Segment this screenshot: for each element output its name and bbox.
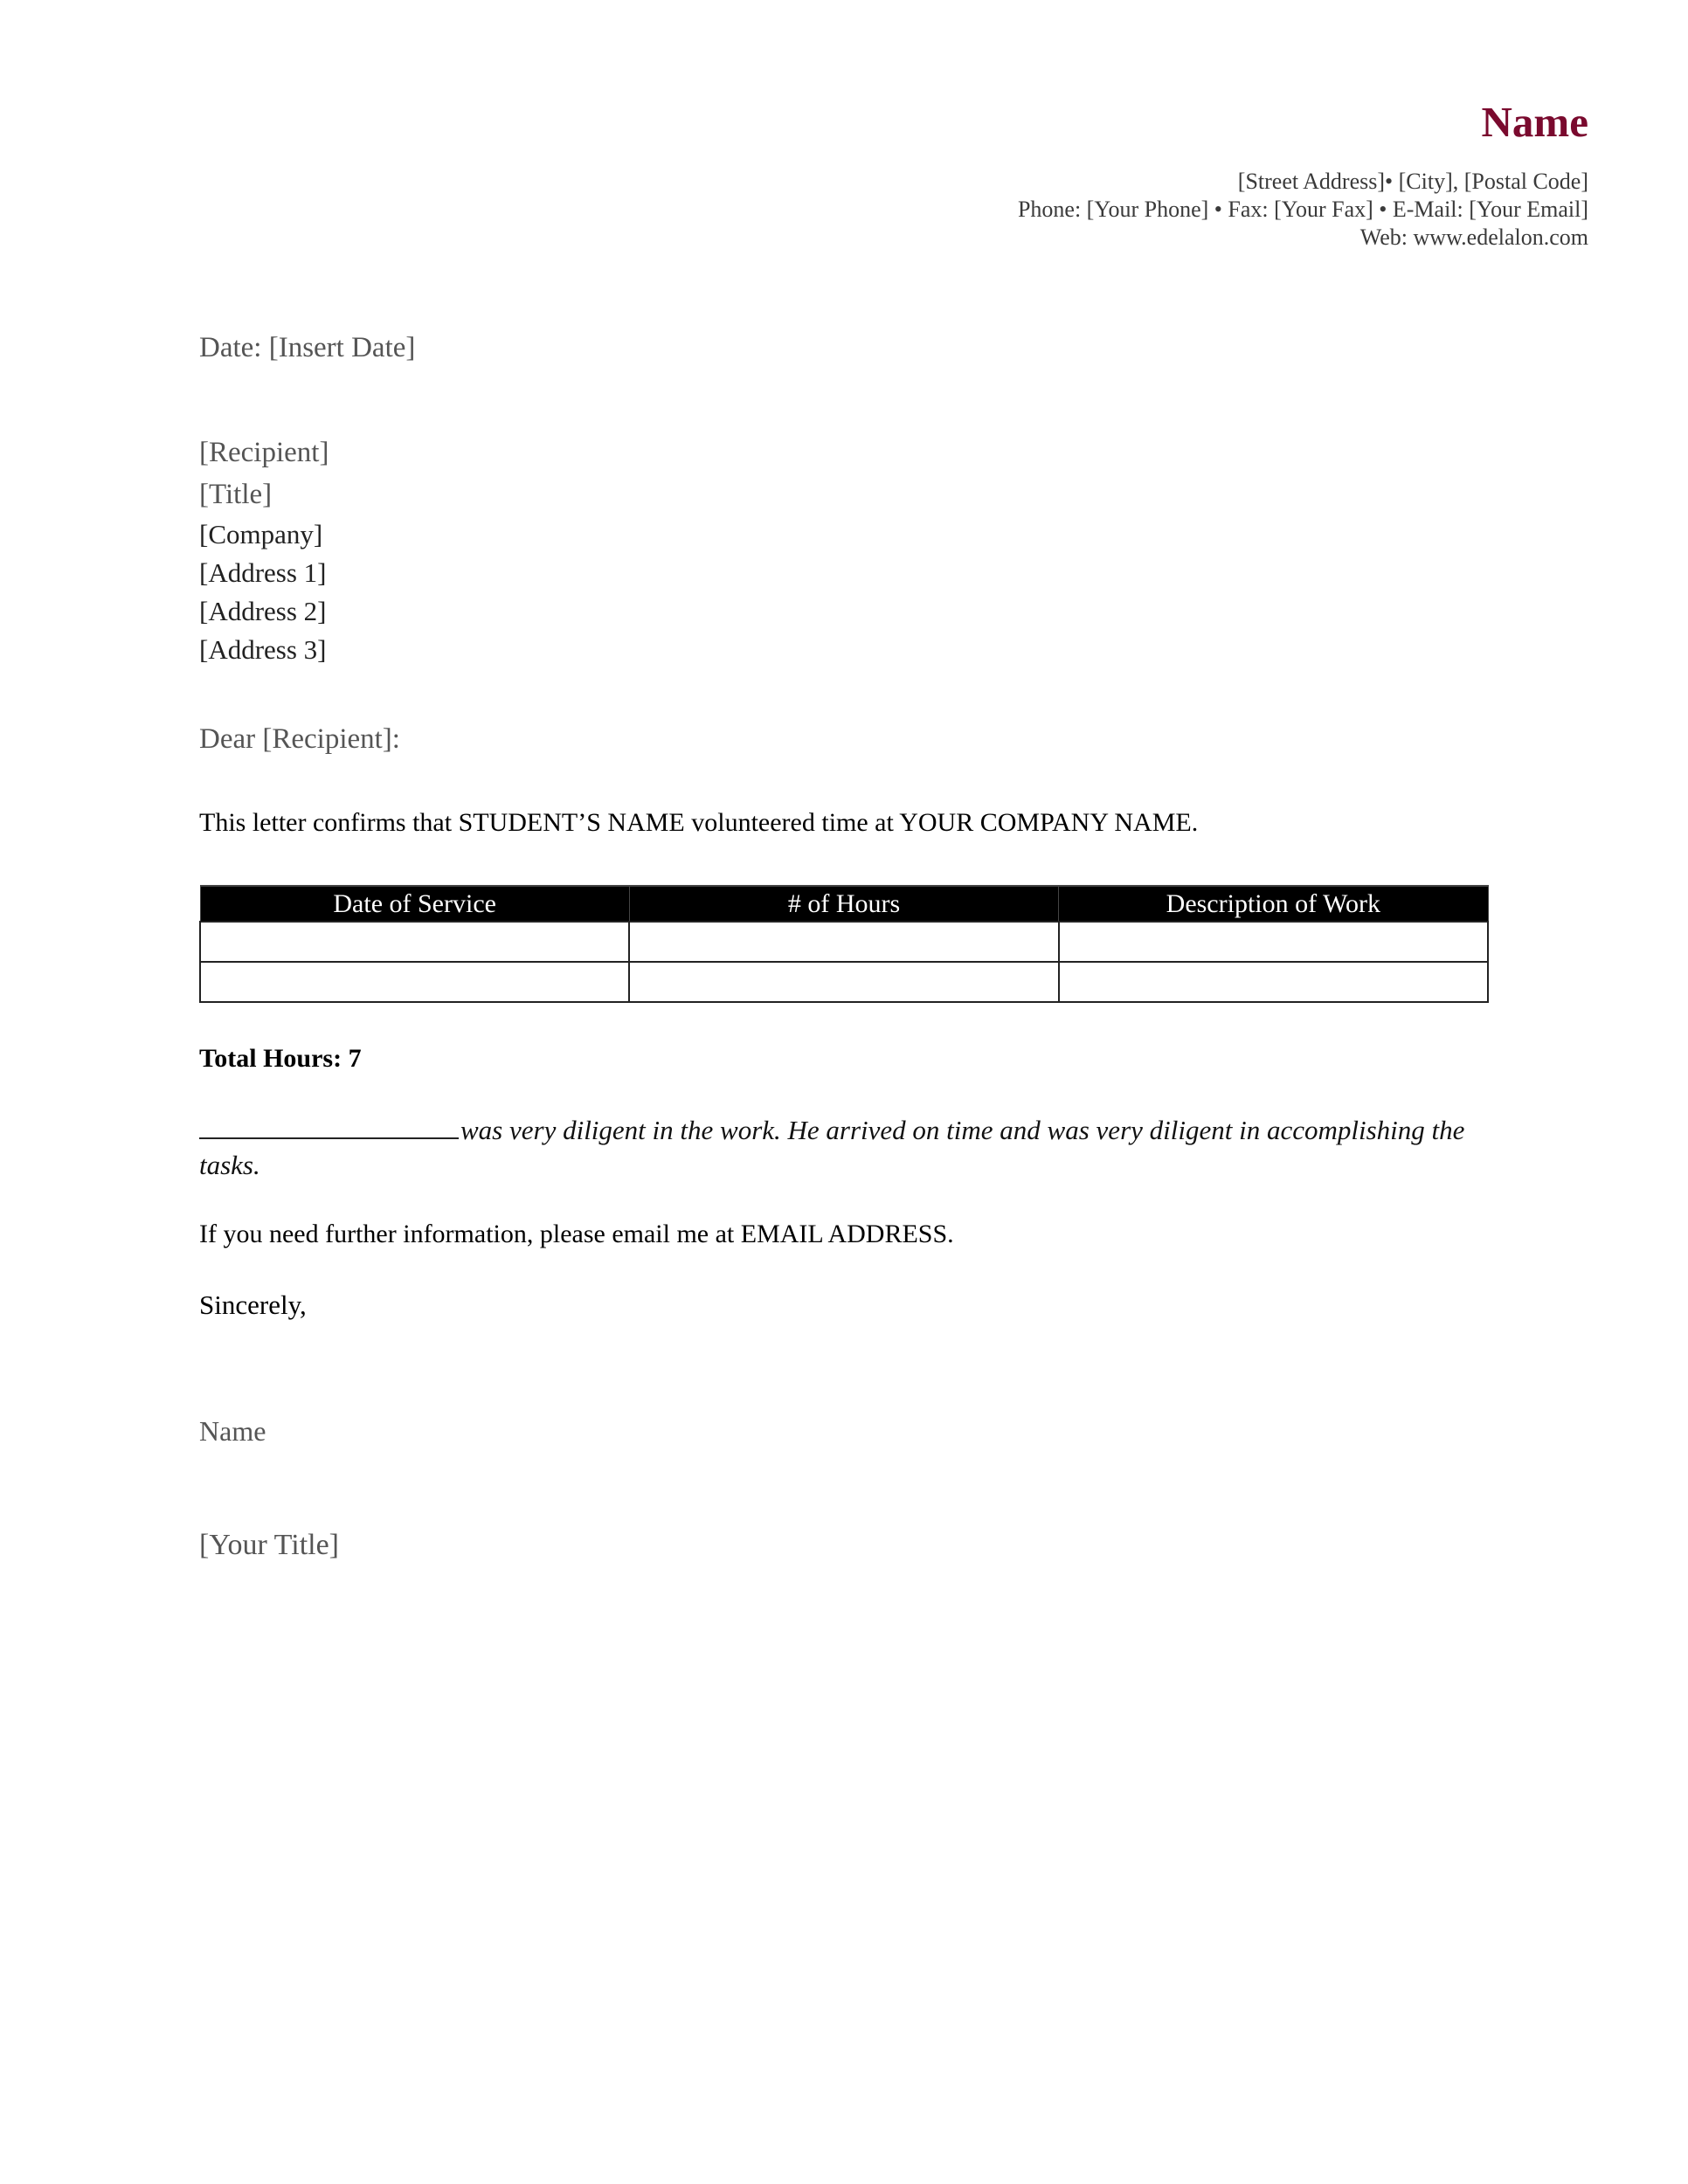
signature-title: [Your Title] <box>199 1529 339 1562</box>
header-date-of-service: Date of Service <box>200 886 629 922</box>
table-cell <box>1059 922 1488 962</box>
letter-page: Name [Street Address]• [City], [Postal C… <box>0 0 1688 2184</box>
date-line: Date: [Insert Date] <box>199 332 415 364</box>
signature-name: Name <box>199 1415 266 1448</box>
recipient-address-3: [Address 3] <box>199 631 329 669</box>
further-info-paragraph: If you need further information, please … <box>199 1220 954 1249</box>
table-cell <box>200 962 629 1002</box>
sender-web: Web: www.edelalon.com <box>1018 224 1588 252</box>
closing: Sincerely, <box>199 1289 307 1321</box>
table-header-row: Date of Service # of Hours Description o… <box>200 886 1488 922</box>
recipient-name: [Recipient] <box>199 432 329 473</box>
header-description: Description of Work <box>1059 886 1488 922</box>
recipient-address-2: [Address 2] <box>199 592 329 631</box>
salutation: Dear [Recipient]: <box>199 723 400 756</box>
student-name-blank <box>199 1111 459 1139</box>
table-cell <box>1059 962 1488 1002</box>
recipient-block: [Recipient] [Title] [Company] [Address 1… <box>199 432 329 669</box>
table-row <box>200 962 1488 1002</box>
table-cell <box>629 922 1058 962</box>
sender-name: Name <box>1018 96 1588 149</box>
recipient-title: [Title] <box>199 473 329 515</box>
total-hours: Total Hours: 7 <box>199 1044 362 1074</box>
sender-address: [Street Address]• [City], [Postal Code] <box>1018 168 1588 196</box>
sender-contact: Phone: [Your Phone] • Fax: [Your Fax] • … <box>1018 196 1588 224</box>
table-cell <box>200 922 629 962</box>
letterhead: Name [Street Address]• [City], [Postal C… <box>1018 96 1588 252</box>
recipient-address-1: [Address 1] <box>199 554 329 592</box>
recipient-company: [Company] <box>199 515 329 554</box>
diligence-paragraph: was very diligent in the work. He arrive… <box>199 1111 1475 1183</box>
table-row <box>200 922 1488 962</box>
intro-paragraph: This letter confirms that STUDENT’S NAME… <box>199 808 1198 838</box>
table-cell <box>629 962 1058 1002</box>
header-hours: # of Hours <box>629 886 1058 922</box>
service-table: Date of Service # of Hours Description o… <box>199 885 1489 1003</box>
